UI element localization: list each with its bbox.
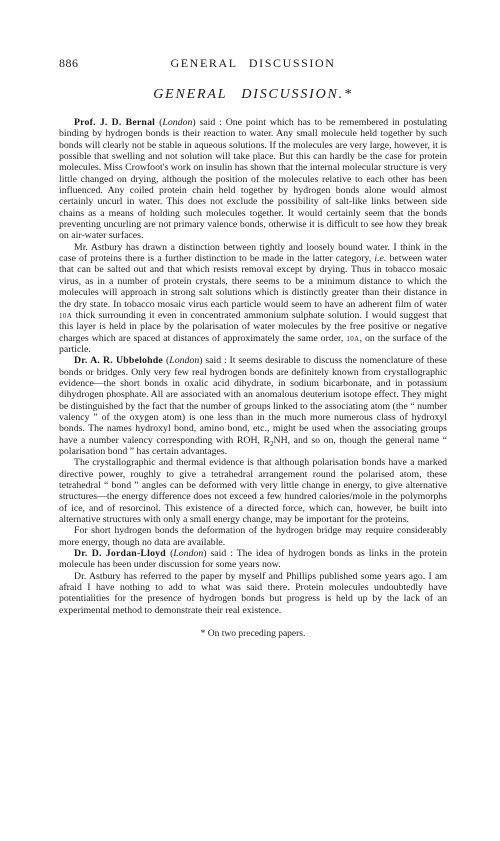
paragraph: Dr. A. R. Ubbelohde (London) said : It s…: [59, 355, 447, 457]
text-segment: Dr. D. Jordan-Lloyd: [74, 548, 170, 559]
page-title: GENERAL DISCUSSION.*: [59, 87, 447, 103]
page-content: 886 GENERAL DISCUSSION GENERAL DISCUSSIO…: [59, 56, 447, 639]
text-segment: 10A: [346, 333, 359, 344]
paragraph: The crystallographic and thermal evidenc…: [59, 457, 447, 525]
document-body: Prof. J. D. Bernal (London) said : One p…: [59, 117, 447, 616]
text-segment: London: [169, 355, 199, 366]
running-head: GENERAL DISCUSSION: [59, 56, 447, 71]
text-segment: ) said : It seems desirable to discuss t…: [59, 355, 447, 445]
text-segment: The crystallographic and thermal evidenc…: [59, 457, 447, 525]
text-segment: i.e.: [374, 253, 386, 264]
text-segment: 10A: [59, 310, 72, 321]
text-segment: For short hydrogen bonds the deformation…: [59, 525, 447, 547]
paragraph: Prof. J. D. Bernal (London) said : One p…: [59, 117, 447, 242]
text-segment: London: [173, 548, 203, 559]
text-segment: Dr. Astbury has referred to the paper by…: [59, 571, 447, 616]
paragraph: Dr. D. Jordan-Lloyd (London) said : The …: [59, 548, 447, 571]
paragraph: Dr. Astbury has referred to the paper by…: [59, 571, 447, 616]
paragraph: For short hydrogen bonds the deformation…: [59, 525, 447, 548]
page-header: 886 GENERAL DISCUSSION: [59, 56, 447, 70]
paragraph: Mr. Astbury has drawn a distinction betw…: [59, 242, 447, 355]
document-page: 886 GENERAL DISCUSSION GENERAL DISCUSSIO…: [0, 0, 500, 841]
text-segment: London: [162, 117, 192, 128]
footnote: * On two preceding papers.: [59, 629, 447, 639]
text-segment: Dr. A. R. Ubbelohde: [74, 355, 166, 366]
text-segment: Prof. J. D. Bernal: [74, 117, 159, 128]
page-number: 886: [59, 56, 79, 71]
text-segment: ) said : One point which has to be remem…: [59, 117, 447, 241]
